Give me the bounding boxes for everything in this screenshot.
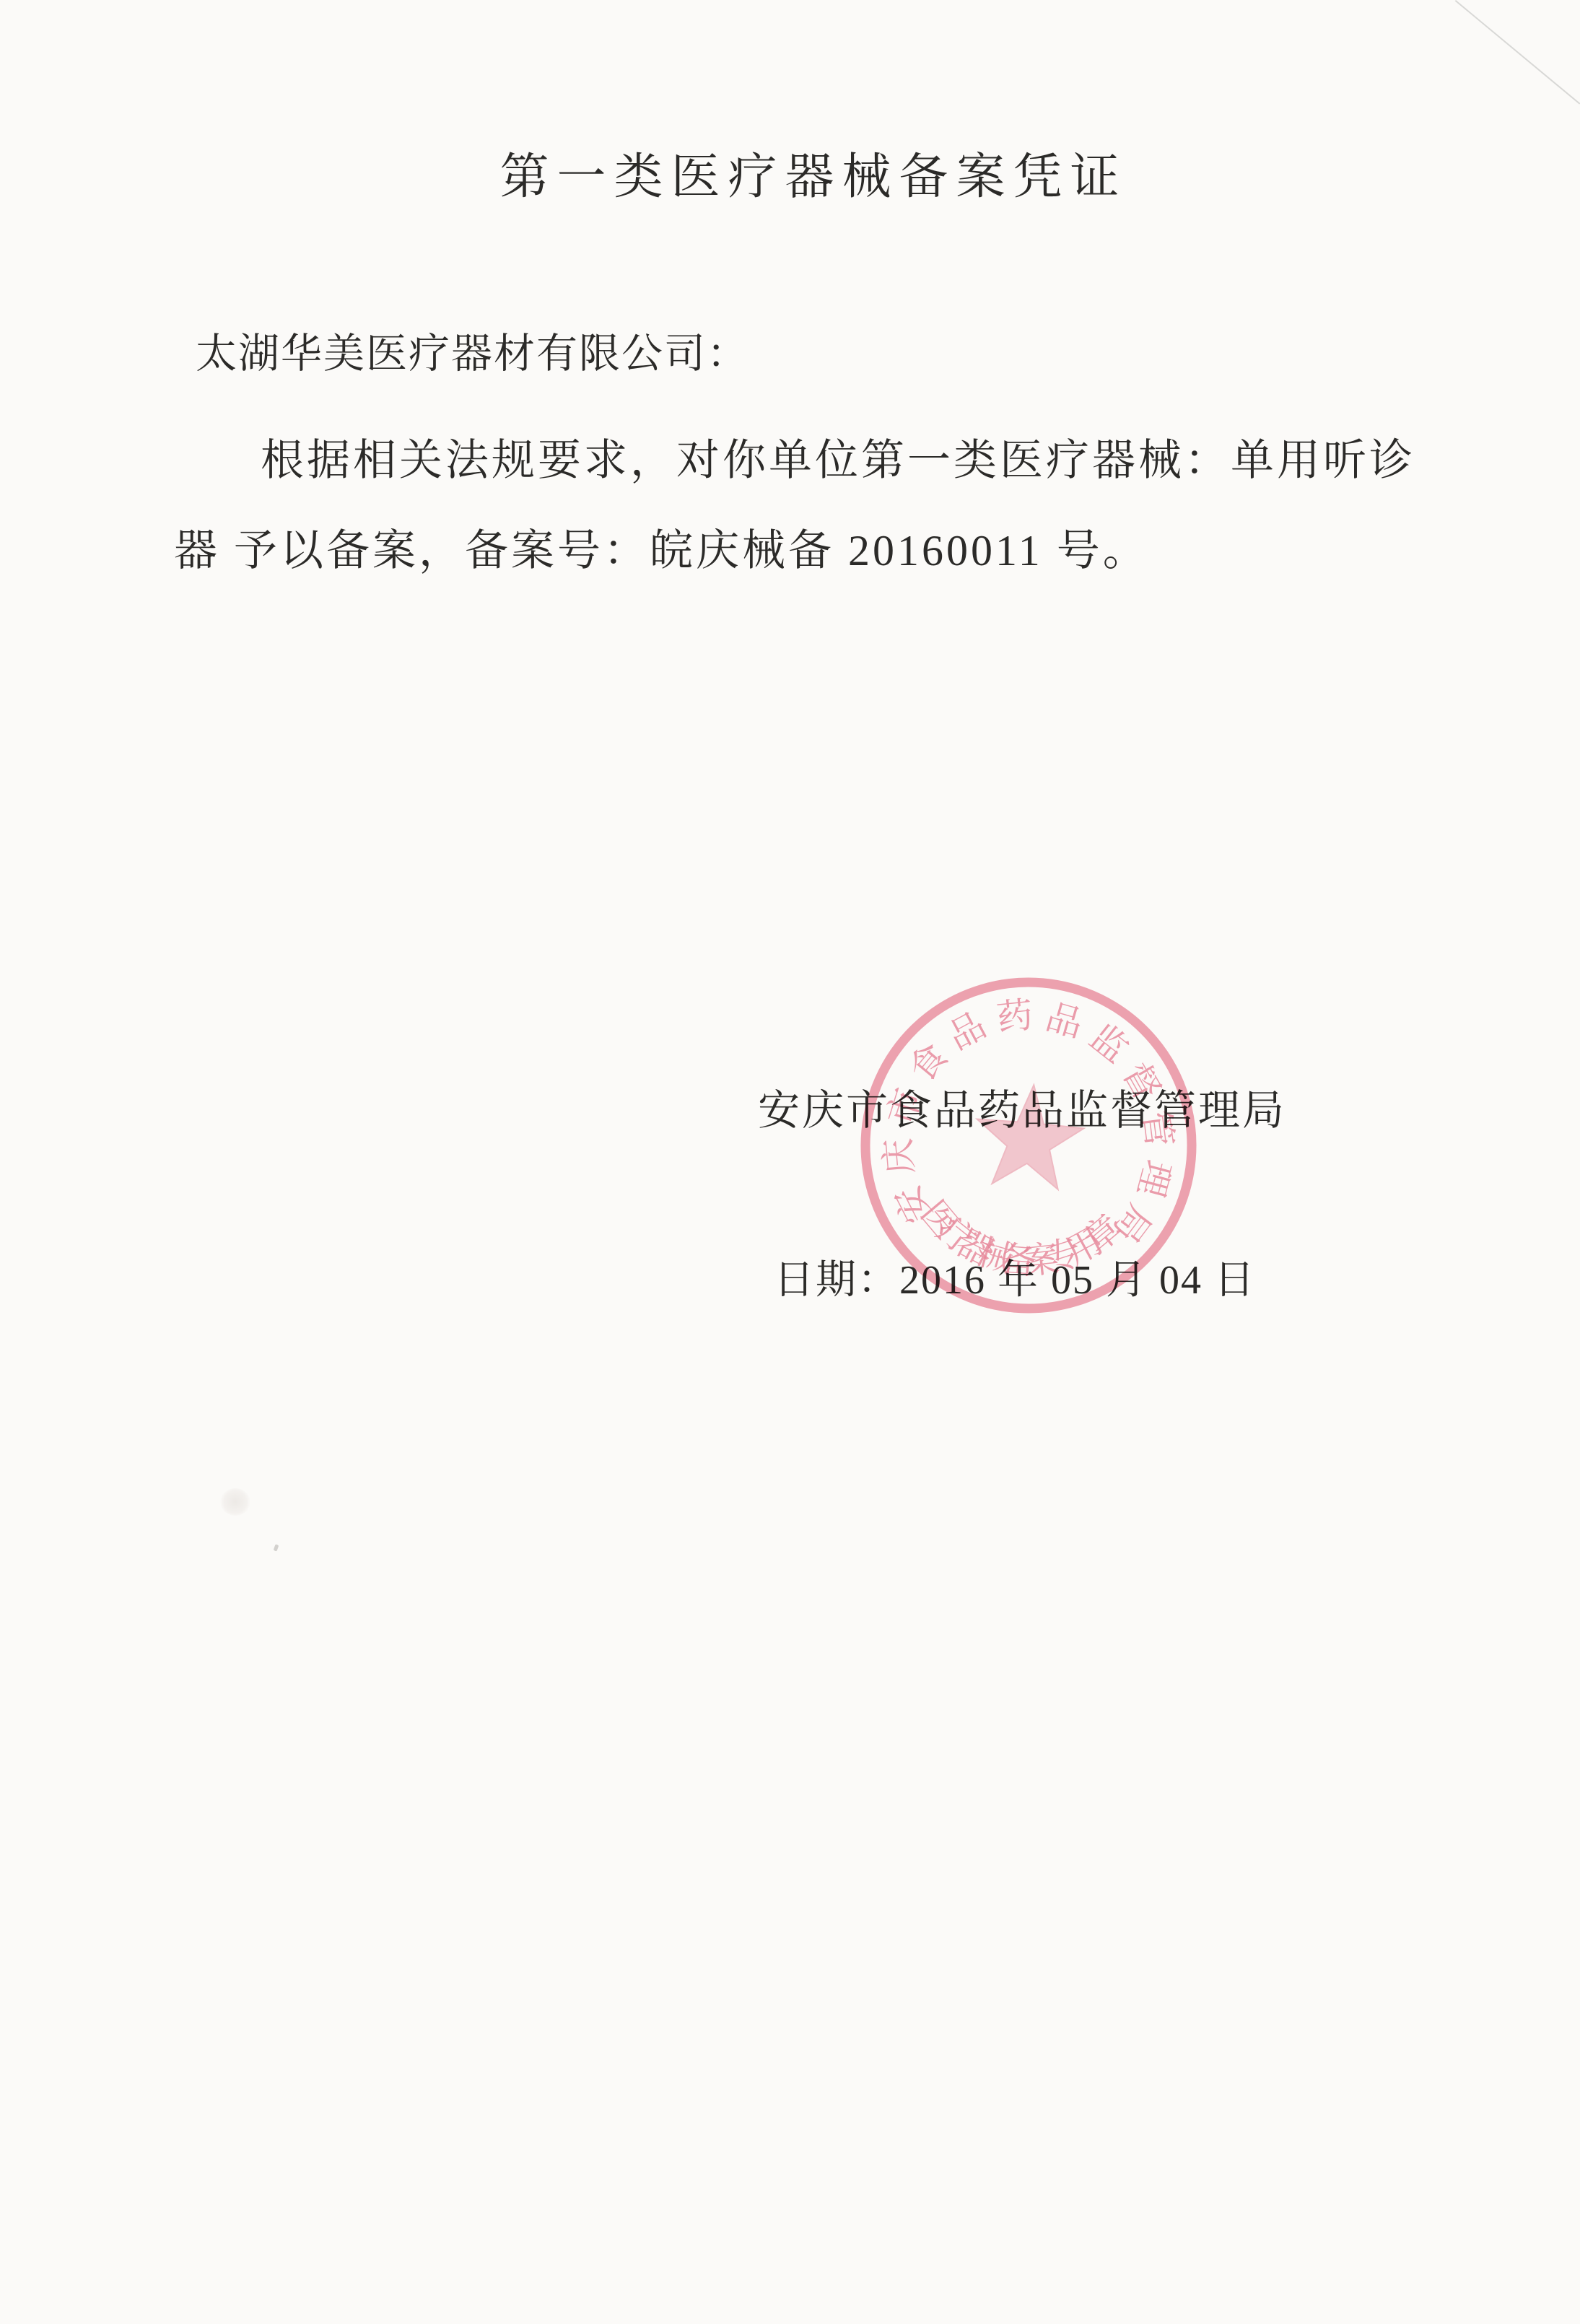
recipient-line: 太湖华美医疗器材有限公司：	[196, 331, 749, 378]
svg-text:品: 品	[1042, 996, 1088, 1045]
official-seal-stamp: 安庆市食品药品监督管理局 医疗器械备案专用章	[859, 976, 1198, 1315]
star-icon	[972, 1080, 1087, 1191]
page-title: 第一类医疗器械备案凭证	[499, 149, 1127, 205]
paper-smudge	[220, 1488, 250, 1516]
svg-text:市: 市	[880, 1083, 929, 1130]
svg-text:管: 管	[1135, 1109, 1180, 1150]
svg-text:品: 品	[941, 1005, 992, 1057]
svg-text:食: 食	[902, 1036, 956, 1089]
fold-crease-mark	[1455, 0, 1580, 105]
paper-speck	[274, 1544, 279, 1551]
svg-text:药: 药	[995, 995, 1035, 1039]
svg-text:监: 监	[1083, 1016, 1136, 1070]
svg-text:理: 理	[1130, 1156, 1179, 1202]
certificate-page: 第一类医疗器械备案凭证 太湖华美医疗器材有限公司： 根据相关法规要求，对你单位第…	[0, 0, 1580, 2324]
body-line-2: 器 予以备案，备案号：皖庆械备 20160011 号。	[174, 526, 1149, 576]
svg-text:庆: 庆	[878, 1137, 921, 1176]
stamp-bottom-text: 医疗器械备案专用章	[909, 1190, 1132, 1290]
body-line-1: 根据相关法规要求，对你单位第一类医疗器械：单用听诊	[261, 436, 1415, 486]
svg-text:督: 督	[1115, 1056, 1168, 1107]
